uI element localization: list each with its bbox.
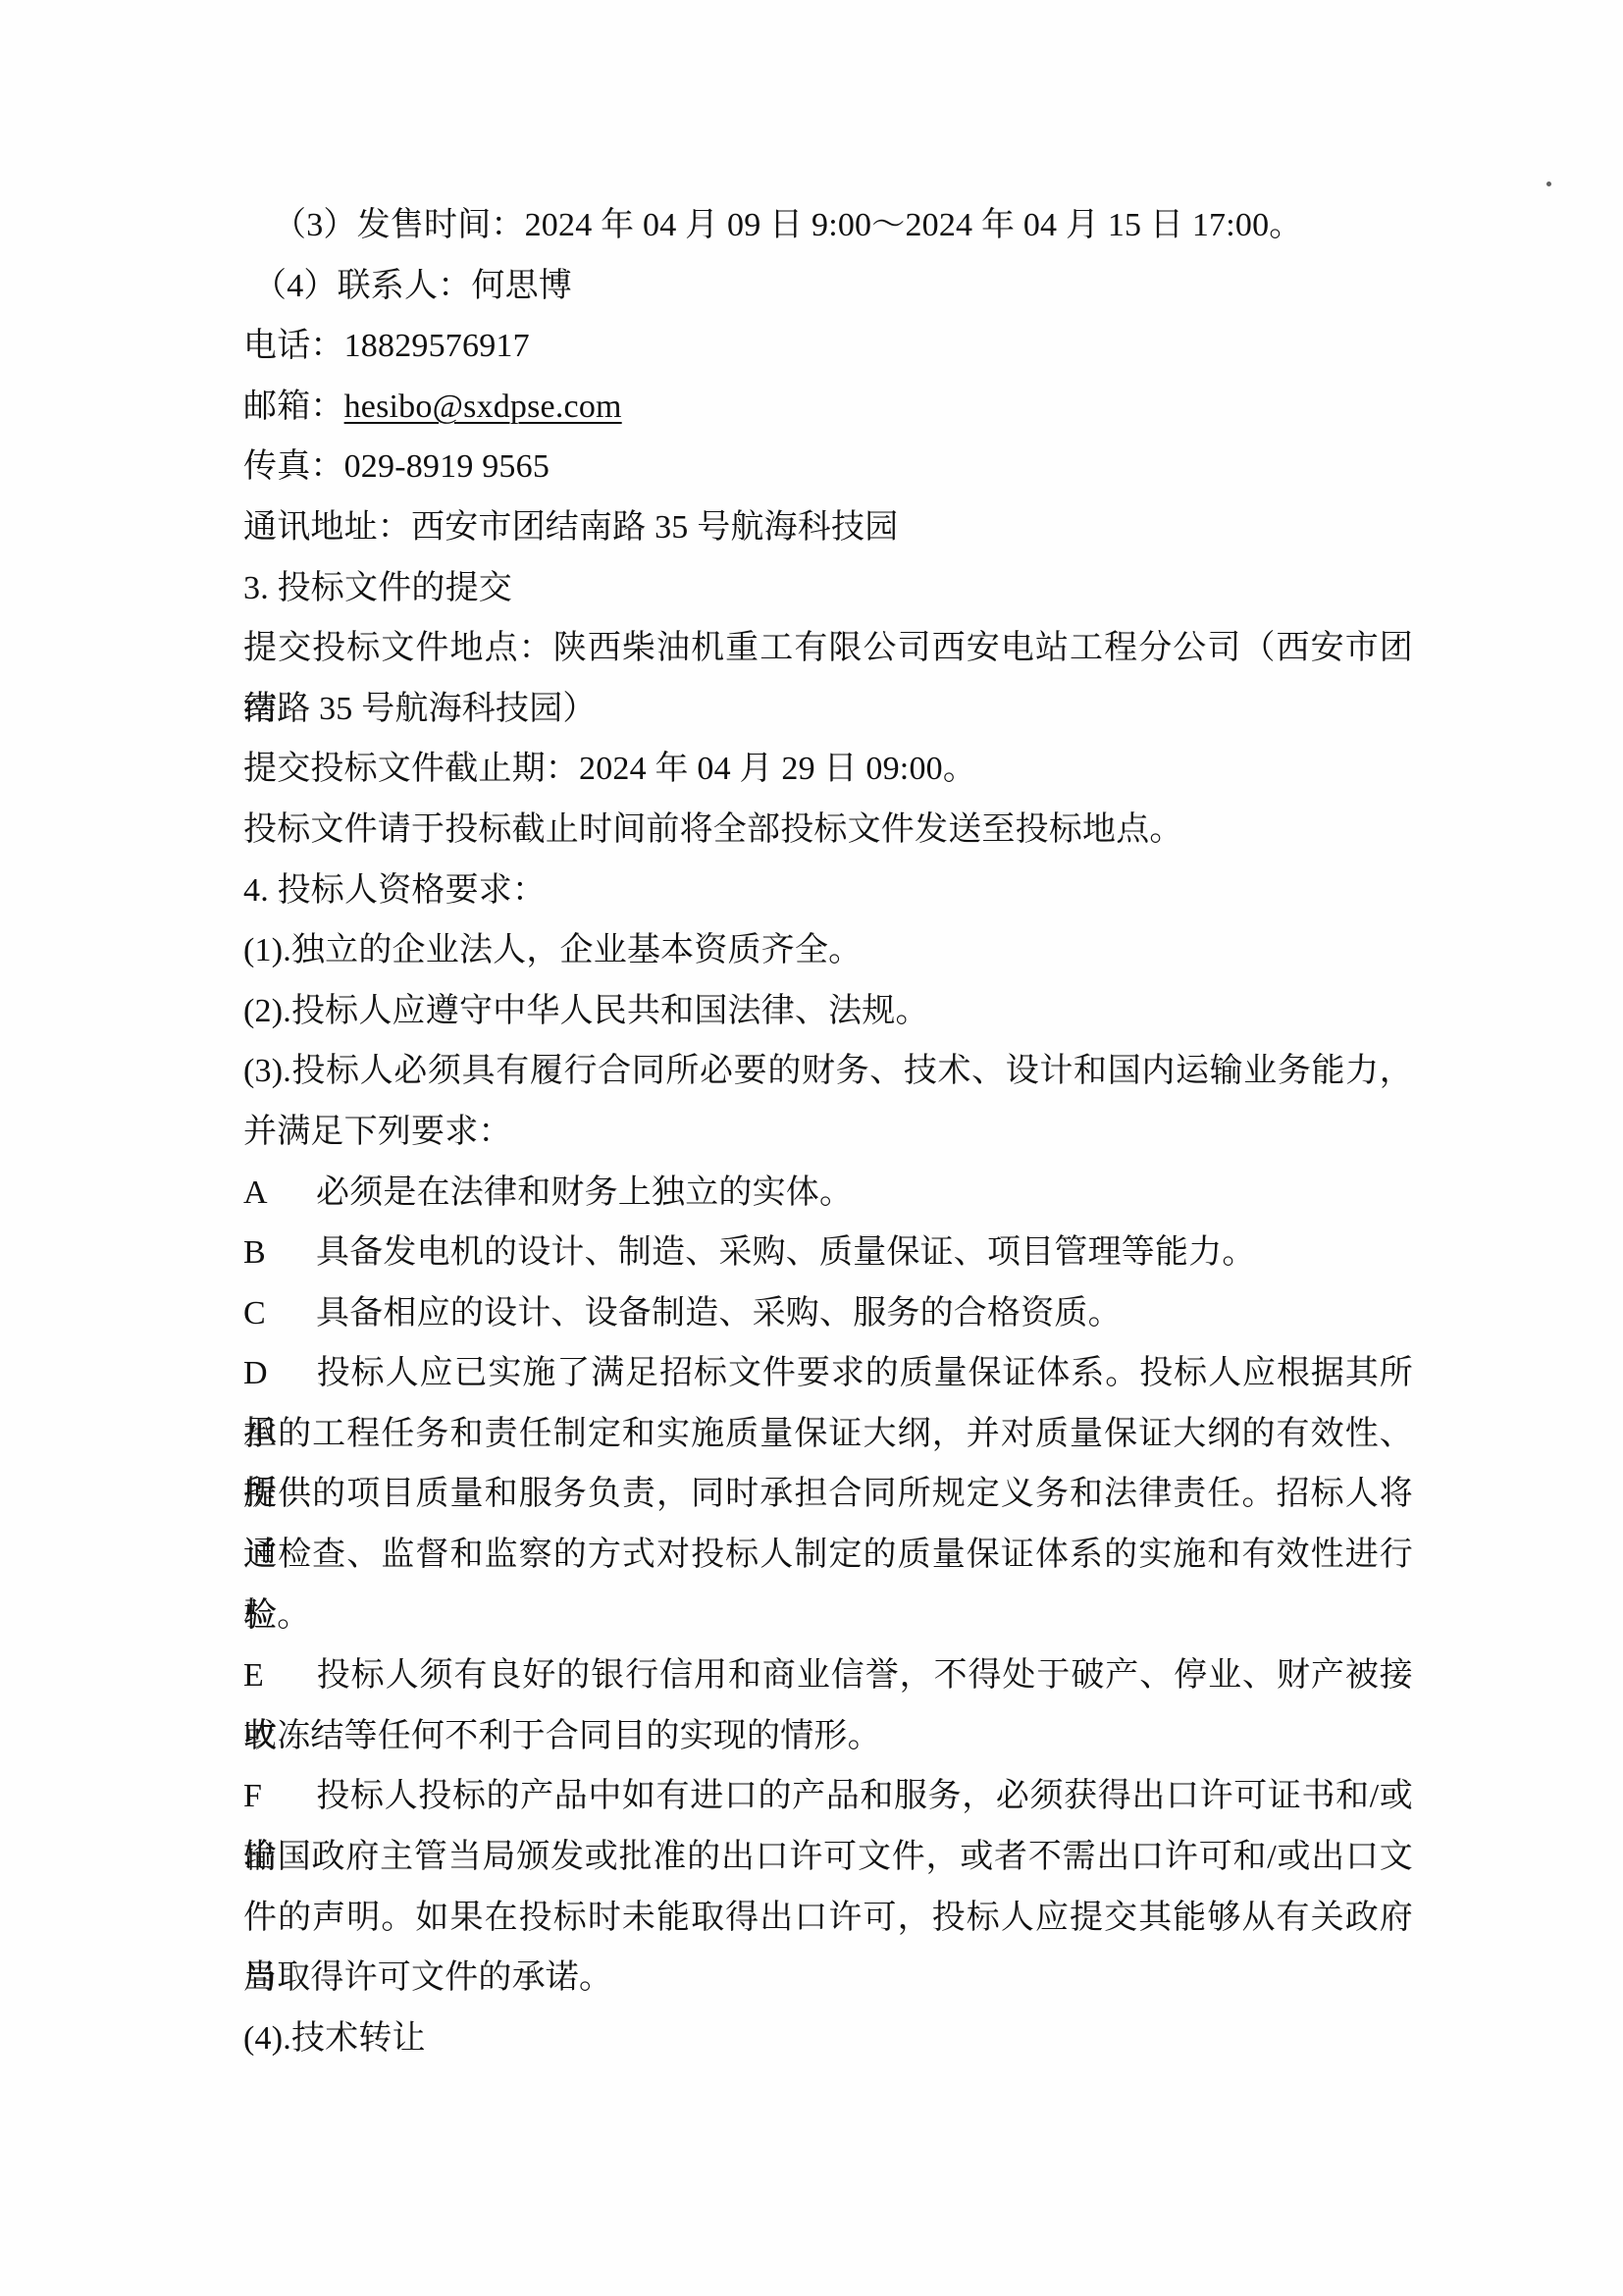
document-line: (4).技术转让 [243,2009,1413,2069]
line-text: 并满足下列要求： [243,1114,512,1150]
line-text: (3).投标人必须具有履行合同所必要的财务、技术、设计和国内运输业务能力， [243,1053,1413,1089]
line-text: 提交投标文件截止期：2024 年 04 月 29 日 09:00。 [243,751,976,787]
list-item-letter: D [243,1343,316,1404]
list-item-letter: F [243,1766,316,1827]
line-text: (1).独立的企业法人，企业基本资质齐全。 [243,932,862,968]
document-line: A必须是在法律和财务上独立的实体。 [243,1163,1413,1224]
document-line: 验。 [243,1586,1413,1646]
document-line: 提交投标文件地点：陕西柴油机重工有限公司西安电站工程分公司（西安市团结 [243,618,1413,679]
document-line: 提交投标文件截止期：2024 年 04 月 29 日 09:00。 [243,739,1413,800]
document-line: 过检查、监督和监察的方式对投标人制定的质量保证体系的实施和有效性进行检 [243,1525,1413,1586]
line-text: 南路 35 号航海科技园） [243,691,597,727]
document-line: 投标文件请于投标截止时间前将全部投标文件发送至投标地点。 [243,800,1413,861]
line-text: 通讯地址：西安市团结南路 35 号航海科技园 [243,509,898,546]
line-text: (2).投标人应遵守中华人民共和国法律、法规。 [243,993,929,1029]
document-line: E投标人须有良好的银行信用和商业信誉，不得处于破产、停业、财产被接收 [243,1645,1413,1706]
document-line: D投标人应已实施了满足招标文件要求的质量保证体系。投标人应根据其所承 [243,1343,1413,1404]
document-line: (2).投标人应遵守中华人民共和国法律、法规。 [243,981,1413,1042]
document-line: 或冻结等任何不利于合同目的实现的情形。 [243,1706,1413,1767]
scanned-document-page: （3）发售时间：2024 年 04 月 09 日 9:00～2024 年 04 … [0,0,1623,2296]
line-text: 3. 投标文件的提交 [243,570,512,606]
scan-speck [1546,182,1551,186]
document-line: 3. 投标文件的提交 [243,558,1413,619]
document-line: (1).独立的企业法人，企业基本资质齐全。 [243,920,1413,981]
document-line: 通讯地址：西安市团结南路 35 号航海科技园 [243,497,1413,558]
line-text: （3）发售时间：2024 年 04 月 09 日 9:00～2024 年 04 … [273,207,1303,243]
list-item-letter: C [243,1283,316,1344]
list-item-letter: A [243,1163,316,1224]
line-text: 投标文件请于投标截止时间前将全部投标文件发送至投标地点。 [243,811,1183,848]
document-line: （4）联系人：何思博 [243,256,1413,317]
line-text: 必须是在法律和财务上独立的实体。 [316,1174,853,1211]
document-line: 南路 35 号航海科技园） [243,679,1413,740]
email-address-text: hesibo@sxdpse.com [344,389,622,425]
document-line: 传真：029-8919 9565 [243,437,1413,497]
document-line: 担的工程任务和责任制定和实施质量保证大纲，并对质量保证大纲的有效性、所 [243,1404,1413,1465]
line-text: 传真：029-8919 9565 [243,448,550,485]
document-line: 提供的项目质量和服务负责，同时承担合同所规定义务和法律责任。招标人将通 [243,1464,1413,1525]
document-line: F投标人投标的产品中如有进口的产品和服务，必须获得出口许可证书和/或输 [243,1766,1413,1827]
document-line: C具备相应的设计、设备制造、采购、服务的合格资质。 [243,1283,1413,1344]
list-item-letter: E [243,1645,316,1706]
line-text: 局取得许可文件的承诺。 [243,1959,612,1996]
document-line: (3).投标人必须具有履行合同所必要的财务、技术、设计和国内运输业务能力， [243,1041,1413,1102]
document-line: 出国政府主管当局颁发或批准的出口许可文件，或者不需出口许可和/或出口文 [243,1827,1413,1888]
line-text: （4）联系人：何思博 [253,268,572,304]
line-text: 邮箱： [243,389,344,425]
document-line: 件的声明。如果在投标时未能取得出口许可，投标人应提交其能够从有关政府当 [243,1888,1413,1949]
line-text: 4. 投标人资格要求： [243,872,546,909]
document-line: 邮箱：hesibo@sxdpse.com [243,377,1413,438]
line-text: 或冻结等任何不利于合同目的实现的情形。 [243,1718,881,1754]
line-text: 电话：18829576917 [243,328,530,364]
line-text: 验。 [243,1597,310,1634]
text-block: （3）发售时间：2024 年 04 月 09 日 9:00～2024 年 04 … [243,195,1413,2068]
list-item-letter: B [243,1223,316,1283]
document-line: 并满足下列要求： [243,1102,1413,1163]
line-text: (4).技术转让 [243,2020,426,2057]
line-text: 出国政府主管当局颁发或批准的出口许可文件，或者不需出口许可和/或出口文 [243,1839,1413,1875]
document-line: B具备发电机的设计、制造、采购、质量保证、项目管理等能力。 [243,1223,1413,1283]
document-line: 局取得许可文件的承诺。 [243,1948,1413,2009]
document-line: （3）发售时间：2024 年 04 月 09 日 9:00～2024 年 04 … [243,195,1413,256]
line-text: 具备发电机的设计、制造、采购、质量保证、项目管理等能力。 [316,1234,1256,1271]
line-text: 具备相应的设计、设备制造、采购、服务的合格资质。 [316,1295,1122,1331]
document-line: 电话：18829576917 [243,316,1413,377]
document-line: 4. 投标人资格要求： [243,861,1413,921]
